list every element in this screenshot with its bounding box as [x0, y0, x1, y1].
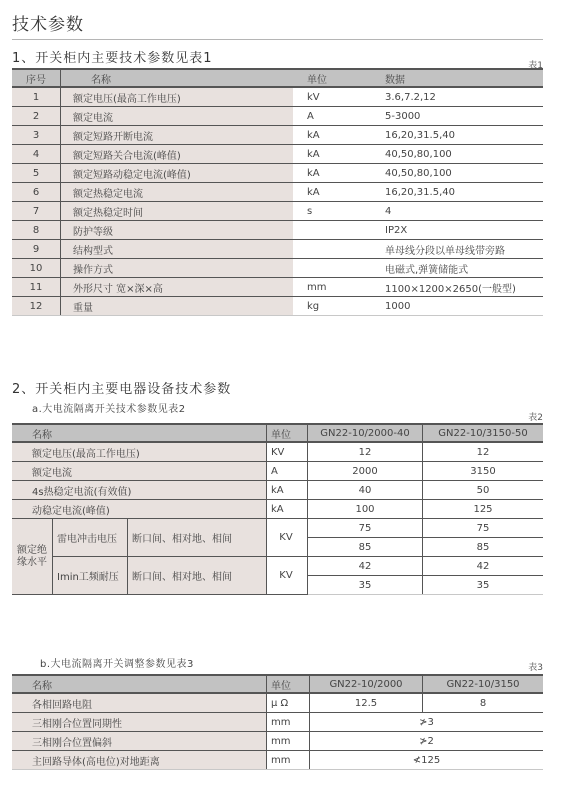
table-row: 8防护等级IP2X [12, 221, 543, 240]
row-name: 外形尺寸 宽×深×高 [61, 278, 294, 297]
insulation-type: Imin工频耐压 [53, 557, 128, 595]
insulation-model-2: 75 [423, 519, 544, 538]
row-model-2: 8 [423, 693, 544, 713]
insulation-model-1: 85 [308, 538, 423, 557]
row-name: 防护等级 [61, 221, 294, 240]
insulation-type: 雷电冲击电压 [53, 519, 128, 557]
row-name: 额定短路开断电流 [61, 126, 294, 145]
table-3: 名称 单位 GN22-10/2000 GN22-10/3150 各相回路电阻 μ… [12, 674, 543, 770]
row-num: 9 [12, 240, 61, 259]
row-unit: A [267, 462, 308, 481]
row-name: 操作方式 [61, 259, 294, 278]
table-row: 动稳定电流(峰值)kA100125 [12, 500, 543, 519]
row-unit: kA [267, 500, 308, 519]
row-data: 3.6,7.2,12 [373, 87, 543, 107]
table-2: 名称 单位 GN22-10/2000-40 GN22-10/3150-50 额定… [12, 423, 543, 595]
table-row: 三相刚合位置偏斜 mm ≯2 [12, 732, 543, 751]
row-name: 三相刚合位置偏斜 [12, 732, 267, 751]
row-unit [293, 259, 373, 278]
insulation-model-1: 75 [308, 519, 423, 538]
row-model-2: 12 [423, 442, 544, 462]
row-model-1: 2000 [308, 462, 423, 481]
table-row: 4额定短路关合电流(峰值)kA40,50,80,100 [12, 145, 543, 164]
row-unit [293, 221, 373, 240]
header-name: 名称 [61, 69, 294, 87]
row-num: 1 [12, 87, 61, 107]
header-name: 名称 [12, 675, 267, 693]
row-merged-value: ≯2 [310, 732, 544, 751]
header-model-2: GN22-10/3150-50 [423, 424, 544, 442]
row-num: 10 [12, 259, 61, 278]
row-num: 4 [12, 145, 61, 164]
table-row: 4s热稳定电流(有效值)kA4050 [12, 481, 543, 500]
row-num: 11 [12, 278, 61, 297]
row-num: 3 [12, 126, 61, 145]
table2-label: 表2 [500, 410, 543, 423]
insulation-model-1: 42 [308, 557, 423, 576]
row-model-1: 100 [308, 500, 423, 519]
row-name: 重量 [61, 297, 294, 316]
row-unit [293, 240, 373, 259]
insulation-model-2: 85 [423, 538, 544, 557]
table-1: 序号 名称 单位 数据 1额定电压(最高工作电压)kV3.6,7.2,12 2额… [12, 68, 543, 316]
table-header-row: 名称 单位 GN22-10/2000 GN22-10/3150 [12, 675, 543, 693]
table-row: 额定电压(最高工作电压)KV1212 [12, 442, 543, 462]
subsection-b-title: b.大电流隔离开关调整参数见表3 [40, 655, 194, 670]
row-unit: mm [267, 713, 310, 732]
table-row: 1额定电压(最高工作电压)kV3.6,7.2,12 [12, 87, 543, 107]
row-unit: kA [293, 164, 373, 183]
row-num: 6 [12, 183, 61, 202]
header-name: 名称 [12, 424, 267, 442]
row-model-1: 12 [308, 442, 423, 462]
row-unit: s [293, 202, 373, 221]
row-data: 16,20,31.5,40 [373, 126, 543, 145]
table-row: 额定电流A20003150 [12, 462, 543, 481]
row-name: 4s热稳定电流(有效值) [12, 481, 267, 500]
row-model-2: 50 [423, 481, 544, 500]
insulation-location: 断口间、相对地、相间 [128, 557, 267, 595]
table-row: 12重量kg1000 [12, 297, 543, 316]
table-row: 6额定热稳定电流kA16,20,31.5,40 [12, 183, 543, 202]
row-name: 主回路导体(高电位)对地距离 [12, 751, 267, 770]
row-num: 7 [12, 202, 61, 221]
row-name: 结构型式 [61, 240, 294, 259]
row-unit: kA [267, 481, 308, 500]
row-name: 额定短路动稳定电流(峰值) [61, 164, 294, 183]
row-merged-value: ≯3 [310, 713, 544, 732]
row-unit: kA [293, 126, 373, 145]
row-model-1: 12.5 [310, 693, 423, 713]
insulation-group-label: 额定绝缘水平 [12, 519, 53, 595]
row-unit: mm [267, 751, 310, 770]
row-data: 1100×1200×2650(一般型) [373, 278, 543, 297]
row-name: 三相刚合位置同期性 [12, 713, 267, 732]
row-data: 5-3000 [373, 107, 543, 126]
row-data: 40,50,80,100 [373, 164, 543, 183]
row-num: 5 [12, 164, 61, 183]
row-unit: mm [267, 732, 310, 751]
table-row: 11外形尺寸 宽×深×高mm1100×1200×2650(一般型) [12, 278, 543, 297]
row-name: 额定电流 [12, 462, 267, 481]
row-data: 40,50,80,100 [373, 145, 543, 164]
row-name: 额定热稳定电流 [61, 183, 294, 202]
row-name: 动稳定电流(峰值) [12, 500, 267, 519]
header-num: 序号 [12, 69, 61, 87]
insulation-model-2: 35 [423, 576, 544, 595]
row-name: 额定电压(最高工作电压) [12, 442, 267, 462]
row-num: 12 [12, 297, 61, 316]
table-row: 10操作方式电磁式,弹簧储能式 [12, 259, 543, 278]
insulation-model-2: 42 [423, 557, 544, 576]
subsection-a-title: a.大电流隔离开关技术参数见表2 [32, 400, 186, 415]
row-name: 各相回路电阻 [12, 693, 267, 713]
row-unit: kV [293, 87, 373, 107]
insulation-model-1: 35 [308, 576, 423, 595]
section2-title: 2、开关柜内主要电器设备技术参数 [12, 378, 231, 397]
table-header-row: 序号 名称 单位 数据 [12, 69, 543, 87]
row-unit: KV [267, 442, 308, 462]
row-unit: A [293, 107, 373, 126]
row-data: IP2X [373, 221, 543, 240]
row-num: 8 [12, 221, 61, 240]
table3-label: 表3 [500, 660, 543, 673]
header-model-1: GN22-10/2000 [310, 675, 423, 693]
header-model-1: GN22-10/2000-40 [308, 424, 423, 442]
row-name: 额定电流 [61, 107, 294, 126]
header-model-2: GN22-10/3150 [423, 675, 544, 693]
insulation-unit: KV [267, 557, 308, 595]
row-model-2: 3150 [423, 462, 544, 481]
table-row: 2额定电流A5-3000 [12, 107, 543, 126]
row-model-1: 40 [308, 481, 423, 500]
header-unit: 单位 [267, 675, 310, 693]
row-name: 额定热稳定时间 [61, 202, 294, 221]
row-unit: μ Ω [267, 693, 310, 713]
row-unit: kg [293, 297, 373, 316]
row-data: 4 [373, 202, 543, 221]
table-row: 3额定短路开断电流kA16,20,31.5,40 [12, 126, 543, 145]
title-divider [12, 39, 543, 40]
table-row: 5额定短路动稳定电流(峰值)kA40,50,80,100 [12, 164, 543, 183]
row-num: 2 [12, 107, 61, 126]
insulation-unit: KV [267, 519, 308, 557]
row-data: 16,20,31.5,40 [373, 183, 543, 202]
row-data: 单母线分段以单母线带旁路 [373, 240, 543, 259]
row-unit: kA [293, 183, 373, 202]
row-data: 1000 [373, 297, 543, 316]
insulation-row: Imin工频耐压 断口间、相对地、相间 KV 42 42 [12, 557, 543, 576]
table-header-row: 名称 单位 GN22-10/2000-40 GN22-10/3150-50 [12, 424, 543, 442]
row-unit: mm [293, 278, 373, 297]
row-name: 额定短路关合电流(峰值) [61, 145, 294, 164]
table-row: 7额定热稳定时间s4 [12, 202, 543, 221]
row-data: 电磁式,弹簧储能式 [373, 259, 543, 278]
table-row: 各相回路电阻 μ Ω 12.5 8 [12, 693, 543, 713]
table-row: 主回路导体(高电位)对地距离 mm ≮125 [12, 751, 543, 770]
header-unit: 单位 [267, 424, 308, 442]
header-data: 数据 [373, 69, 543, 87]
section1-title: 1、开关柜内主要技术参数见表1 [12, 47, 213, 66]
insulation-row: 额定绝缘水平 雷电冲击电压 断口间、相对地、相间 KV 75 75 [12, 519, 543, 538]
table-row: 9结构型式单母线分段以单母线带旁路 [12, 240, 543, 259]
insulation-location: 断口间、相对地、相间 [128, 519, 267, 557]
row-merged-value: ≮125 [310, 751, 544, 770]
row-name: 额定电压(最高工作电压) [61, 87, 294, 107]
table-row: 三相刚合位置同期性 mm ≯3 [12, 713, 543, 732]
row-unit: kA [293, 145, 373, 164]
header-unit: 单位 [293, 69, 373, 87]
page-title: 技术参数 [12, 10, 84, 35]
row-model-2: 125 [423, 500, 544, 519]
